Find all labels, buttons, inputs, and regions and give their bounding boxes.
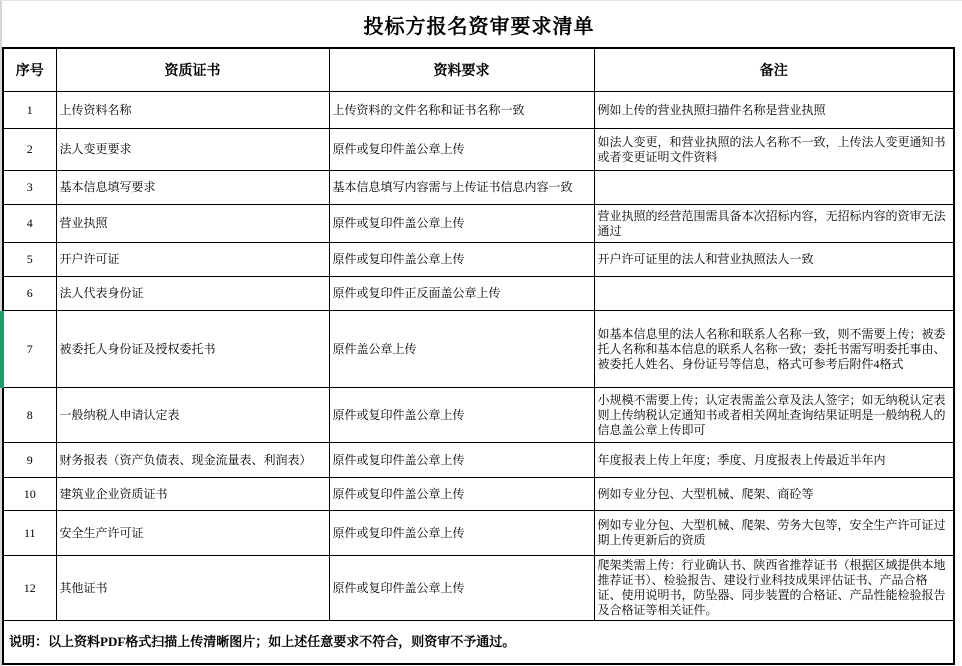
cell-requirement[interactable]: 原件或复印件盖公章上传 xyxy=(329,388,594,443)
table-row: 4 营业执照 原件或复印件盖公章上传 营业执照的经营范围需具备本次招标内容，无招… xyxy=(3,205,954,243)
table-row: 6 法人代表身份证 原件或复印件正反面盖公章上传 xyxy=(3,277,954,311)
cell-serial-number[interactable]: 7 xyxy=(3,311,56,388)
cell-serial-number[interactable]: 4 xyxy=(3,205,56,243)
cell-serial-number[interactable]: 8 xyxy=(3,388,56,443)
cell-serial-number[interactable]: 9 xyxy=(3,443,56,478)
cell-remark[interactable] xyxy=(594,277,954,311)
cell-serial-number[interactable]: 3 xyxy=(3,171,56,205)
table-row: 5 开户许可证 原件或复印件盖公章上传 开户许可证里的法人和营业执照法人一致 xyxy=(3,243,954,277)
table-row: 12 其他证书 原件或复印件盖公章上传 爬架类需上传：行业确认书、陕西省推荐证书… xyxy=(3,556,954,621)
cell-serial-number[interactable]: 10 xyxy=(3,478,56,511)
cell-serial-number[interactable]: 6 xyxy=(3,277,56,311)
cell-certificate[interactable]: 开户许可证 xyxy=(56,243,329,277)
cell-requirement[interactable]: 原件或复印件盖公章上传 xyxy=(329,129,594,171)
table-row: 3 基本信息填写要求 基本信息填写内容需与上传证书信息内容一致 xyxy=(3,171,954,205)
cell-serial-number[interactable]: 1 xyxy=(3,92,56,129)
cell-remark[interactable]: 如基本信息里的法人名称和联系人名称一致，则不需要上传；被委托人名称和基本信息的联… xyxy=(594,311,954,388)
cell-requirement[interactable]: 上传资料的文件名称和证书名称一致 xyxy=(329,92,594,129)
cell-remark[interactable] xyxy=(594,171,954,205)
cell-certificate[interactable]: 法人变更要求 xyxy=(56,129,329,171)
cell-certificate[interactable]: 建筑业企业资质证书 xyxy=(56,478,329,511)
cell-requirement[interactable]: 原件或复印件盖公章上传 xyxy=(329,478,594,511)
cell-requirement[interactable]: 原件或复印件盖公章上传 xyxy=(329,511,594,556)
table-row: 1 上传资料名称 上传资料的文件名称和证书名称一致 例如上传的营业执照扫描件名称… xyxy=(3,92,954,129)
column-header-remark[interactable]: 备注 xyxy=(594,48,954,92)
cell-certificate[interactable]: 营业执照 xyxy=(56,205,329,243)
cell-requirement[interactable]: 基本信息填写内容需与上传证书信息内容一致 xyxy=(329,171,594,205)
cell-certificate[interactable]: 安全生产许可证 xyxy=(56,511,329,556)
cell-requirement[interactable]: 原件或复印件正反面盖公章上传 xyxy=(329,277,594,311)
header-row: 序号 资质证书 资料要求 备注 xyxy=(3,48,954,92)
cell-remark[interactable]: 例如专业分包、大型机械、爬架、商砼等 xyxy=(594,478,954,511)
cell-remark[interactable]: 如法人变更，和营业执照的法人名称不一致，上传法人变更通知书或者变更证明文件资料 xyxy=(594,129,954,171)
column-header-serial[interactable]: 序号 xyxy=(3,48,56,92)
column-header-requirement[interactable]: 资料要求 xyxy=(329,48,594,92)
cell-remark[interactable]: 开户许可证里的法人和营业执照法人一致 xyxy=(594,243,954,277)
page-title: 投标方报名资审要求清单 xyxy=(2,1,956,47)
cell-remark[interactable]: 营业执照的经营范围需具备本次招标内容，无招标内容的资审无法通过 xyxy=(594,205,954,243)
table-row: 8 一般纳税人申请认定表 原件或复印件盖公章上传 小规模不需要上传；认定表需盖公… xyxy=(3,388,954,443)
cell-requirement[interactable]: 原件或复印件盖公章上传 xyxy=(329,243,594,277)
cell-serial-number[interactable]: 5 xyxy=(3,243,56,277)
table-row: 11 安全生产许可证 原件或复印件盖公章上传 例如专业分包、大型机械、爬架、劳务… xyxy=(3,511,954,556)
cell-certificate[interactable]: 一般纳税人申请认定表 xyxy=(56,388,329,443)
cell-certificate[interactable]: 基本信息填写要求 xyxy=(56,171,329,205)
cell-requirement[interactable]: 原件或复印件盖公章上传 xyxy=(329,556,594,621)
cell-requirement[interactable]: 原件盖公章上传 xyxy=(329,311,594,388)
cell-certificate[interactable]: 被委托人身份证及授权委托书 xyxy=(56,311,329,388)
selection-indicator xyxy=(0,311,4,388)
cell-serial-number[interactable]: 12 xyxy=(3,556,56,621)
table-row: 7 被委托人身份证及授权委托书 原件盖公章上传 如基本信息里的法人名称和联系人名… xyxy=(3,311,954,388)
cell-remark[interactable]: 年度报表上传上年度；季度、月度报表上传最近半年内 xyxy=(594,443,954,478)
cell-remark[interactable]: 小规模不需要上传；认定表需盖公章及法人签字；如无纳税认定表则上传纳税认定通知书或… xyxy=(594,388,954,443)
cell-remark[interactable]: 例如专业分包、大型机械、爬架、劳务大包等，安全生产许可证过期上传更新后的资质 xyxy=(594,511,954,556)
column-header-certificate[interactable]: 资质证书 xyxy=(56,48,329,92)
cell-requirement[interactable]: 原件或复印件盖公章上传 xyxy=(329,443,594,478)
cell-serial-number[interactable]: 11 xyxy=(3,511,56,556)
table-row: 2 法人变更要求 原件或复印件盖公章上传 如法人变更，和营业执照的法人名称不一致… xyxy=(3,129,954,171)
table-row: 10 建筑业企业资质证书 原件或复印件盖公章上传 例如专业分包、大型机械、爬架、… xyxy=(3,478,954,511)
spreadsheet-page: 投标方报名资审要求清单 序号 资质证书 资料要求 备注 1 上传资料名称 上传资… xyxy=(2,1,956,665)
cell-remark[interactable]: 爬架类需上传：行业确认书、陕西省推荐证书（根据区域提供本地推荐证书）、检验报告、… xyxy=(594,556,954,621)
cell-certificate[interactable]: 其他证书 xyxy=(56,556,329,621)
footer-note-row: 说明：以上资料PDF格式扫描上传清晰图片；如上述任意要求不符合，则资审不予通过。 xyxy=(3,621,954,665)
footer-note[interactable]: 说明：以上资料PDF格式扫描上传清晰图片；如上述任意要求不符合，则资审不予通过。 xyxy=(3,621,954,665)
cell-requirement[interactable]: 原件或复印件盖公章上传 xyxy=(329,205,594,243)
cell-certificate[interactable]: 财务报表（资产负债表、现金流量表、利润表） xyxy=(56,443,329,478)
table-row: 9 财务报表（资产负债表、现金流量表、利润表） 原件或复印件盖公章上传 年度报表… xyxy=(3,443,954,478)
cell-certificate[interactable]: 上传资料名称 xyxy=(56,92,329,129)
cell-serial-number[interactable]: 2 xyxy=(3,129,56,171)
cell-remark[interactable]: 例如上传的营业执照扫描件名称是营业执照 xyxy=(594,92,954,129)
requirements-table: 序号 资质证书 资料要求 备注 1 上传资料名称 上传资料的文件名称和证书名称一… xyxy=(2,47,955,665)
cell-certificate[interactable]: 法人代表身份证 xyxy=(56,277,329,311)
